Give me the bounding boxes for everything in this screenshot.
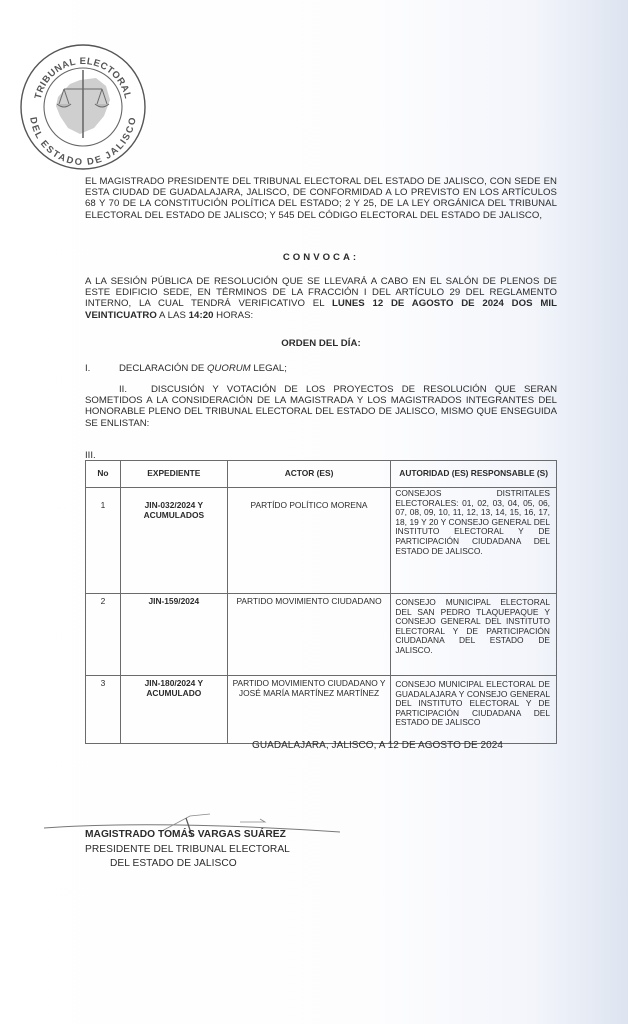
- session-time: 14:20: [189, 310, 214, 321]
- convoca-heading: CONVOCA:: [85, 252, 557, 263]
- place-date: GUADALAJARA, JALISCO, A 12 DE AGOSTO DE …: [252, 740, 503, 751]
- signatory-role: PRESIDENTE DEL TRIBUNAL ELECTORAL: [85, 844, 290, 855]
- col-header-expediente: EXPEDIENTE: [120, 461, 227, 488]
- table-row: 1 JIN-032/2024 Y ACUMULADOS PARTÍDO POLÍ…: [86, 488, 557, 594]
- signatory-role-institution: DEL ESTADO DE JALISCO: [110, 858, 237, 869]
- signatory-name: MAGISTRADO TOMÁS VARGAS SUÁREZ: [85, 829, 286, 840]
- expedientes-table: No EXPEDIENTE ACTOR (ES) AUTORIDAD (ES) …: [85, 460, 557, 744]
- convocatoria-paragraph: A LA SESIÓN PÚBLICA DE RESOLUCIÓN QUE SE…: [85, 276, 557, 321]
- col-header-actor: ACTOR (ES): [227, 461, 391, 488]
- agenda-item-2: II.DISCUSIÓN Y VOTACIÓN DE LOS PROYECTOS…: [85, 384, 557, 429]
- tribunal-seal-logo: TRIBUNAL ELECTORAL DEL ESTADO DE JALISCO: [18, 42, 148, 172]
- table-row: 3 JIN-180/2024 Y ACUMULADO PARTIDO MOVIM…: [86, 676, 557, 744]
- col-header-no: No: [86, 461, 121, 488]
- agenda-item-1: I. DECLARACIÓN DE QUORUM LEGAL;: [85, 363, 557, 374]
- table-header-row: No EXPEDIENTE ACTOR (ES) AUTORIDAD (ES) …: [86, 461, 557, 488]
- col-header-autoridad: AUTORIDAD (ES) RESPONSABLE (S): [391, 461, 557, 488]
- orden-del-dia-heading: ORDEN DEL DÍA:: [85, 338, 557, 349]
- intro-paragraph: EL MAGISTRADO PRESIDENTE DEL TRIBUNAL EL…: [85, 176, 557, 221]
- table-row: 2 JIN-159/2024 PARTIDO MOVIMIENTO CIUDAD…: [86, 594, 557, 676]
